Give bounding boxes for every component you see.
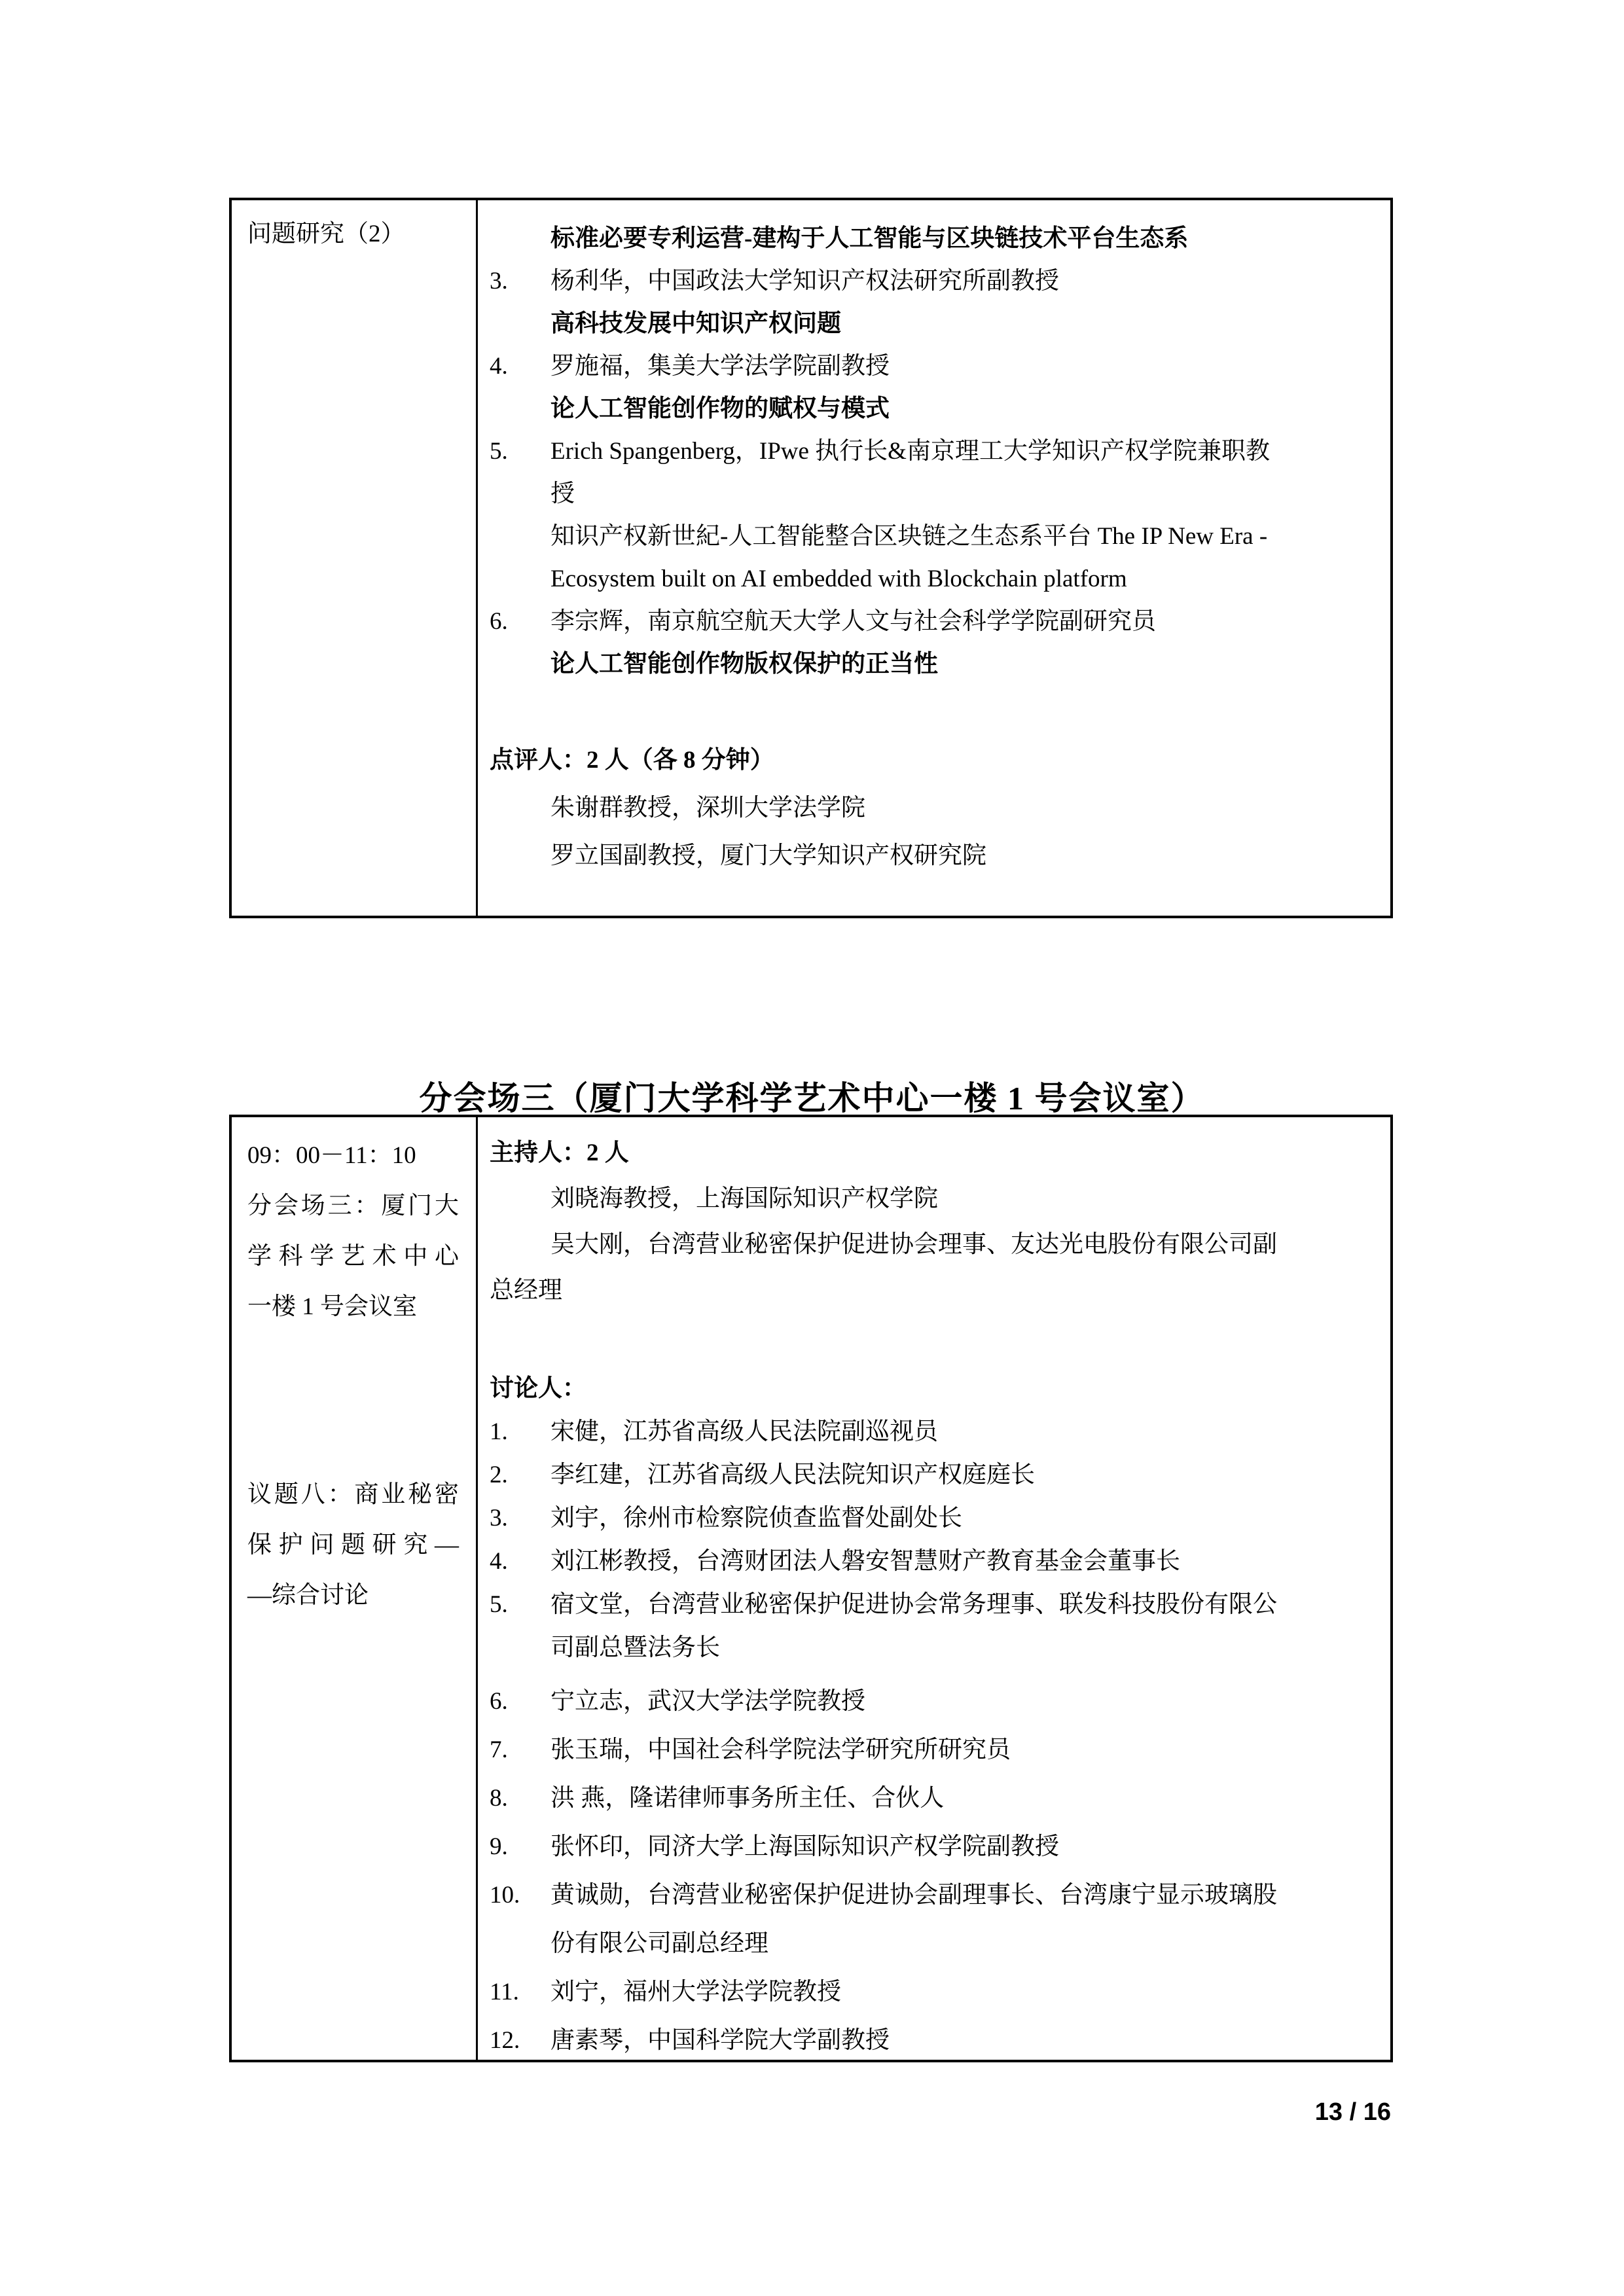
discussant-row: 12.唐素琴，中国科学院大学副教授 — [478, 2017, 1390, 2060]
session-topic-line: 保护问题研究— — [247, 1520, 459, 1570]
commentators-label: 点评人：2 人（各 8 分钟） — [478, 736, 1390, 784]
discussant-number: 3. — [490, 1497, 508, 1540]
discussant-number: 4. — [490, 1540, 508, 1583]
discussant-number: 5. — [490, 1583, 508, 1626]
discussant-text: 洪 燕，隆诺律师事务所主任、合伙人 — [550, 1785, 944, 1812]
discussant-text: 张怀印，同济大学上海国际知识产权学院副教授 — [550, 1833, 1059, 1860]
discussant-text: 黄诚勋，台湾营业秘密保护促进协会副理事长、台湾康宁显示玻璃股 — [550, 1882, 1277, 1909]
paper-title: 高科技发展中知识产权问题 — [478, 302, 1390, 345]
discussants-label: 讨论人： — [478, 1367, 1390, 1410]
paper-title: 论人工智能创作物的赋权与模式 — [478, 387, 1390, 430]
discussant-row: 11.刘宁，福州大学法学院教授 — [478, 1968, 1390, 2017]
speaker-number: 3. — [490, 260, 508, 302]
session-detail-cell: 主持人：2 人 刘晓海教授，上海国际知识产权学院 吴大刚，台湾营业秘密保护促进协… — [478, 1117, 1390, 2060]
session-venue-line: 一楼 1 号会议室 — [247, 1282, 459, 1332]
session-topic-line: —综合讨论 — [247, 1570, 459, 1621]
paper-title: 知识产权新世紀-人工智能整合区块链之生态系平台 The IP New Era - — [478, 515, 1390, 558]
speaker-text: 杨利华，中国政法大学知识产权法研究所副教授 — [550, 268, 1059, 295]
speaker-text: 李宗辉，南京航空航天大学人文与社会科学学院副研究员 — [550, 608, 1156, 635]
discussant-number: 10. — [490, 1871, 520, 1920]
speaker-list: 标准必要专利运营-建构于人工智能与区块链技术平台生态系 3.杨利华，中国政法大学… — [478, 217, 1390, 685]
discussant-row: 3.刘宇，徐州市检察院侦查监督处副处长 — [478, 1497, 1390, 1540]
session-venue-line: 学科学艺术中心 — [247, 1231, 459, 1282]
discussant-number: 9. — [490, 1823, 508, 1871]
session-time-venue: 09：00－11：10 分会场三：厦门大 学科学艺术中心 一楼 1 号会议室 — [247, 1130, 459, 1332]
host-row: 吴大刚，台湾营业秘密保护促进协会理事、友达光电股份有限公司副 — [478, 1222, 1390, 1268]
topic-label: 问题研究（2） — [247, 215, 463, 254]
discussant-row: 8.洪 燕，隆诺律师事务所主任、合伙人 — [478, 1774, 1390, 1823]
speaker-number: 4. — [490, 345, 508, 387]
discussant-text: 宋健，江苏省高级人民法院副巡视员 — [550, 1418, 938, 1445]
section-heading: 分会场三（厦门大学科学艺术中心一楼 1 号会议室） — [0, 1072, 1624, 1119]
discussant-text: 刘宇，徐州市检察院侦查监督处副处长 — [550, 1505, 962, 1532]
commentators-block: 点评人：2 人（各 8 分钟） 朱谢群教授，深圳大学法学院 罗立国副教授，厦门大… — [478, 736, 1390, 880]
session-topic-line: 议题八：商业秘密 — [247, 1469, 459, 1520]
discussant-row-continuation: 份有限公司副总经理 — [478, 1920, 1390, 1968]
discussant-row: 6.宁立志，武汉大学法学院教授 — [478, 1677, 1390, 1726]
speaker-text-continuation: 授 — [478, 473, 1390, 515]
discussant-text: 刘宁，福州大学法学院教授 — [550, 1979, 841, 2005]
discussant-row: 2.李红建，江苏省高级人民法院知识产权庭庭长 — [478, 1454, 1390, 1497]
discussant-number: 11. — [490, 1968, 519, 2017]
discussants-block-b: 6.宁立志，武汉大学法学院教授 7.张玉瑞，中国社会科学院法学研究所研究员 8.… — [478, 1677, 1390, 2060]
session-info-cell: 09：00－11：10 分会场三：厦门大 学科学艺术中心 一楼 1 号会议室 议… — [232, 1117, 478, 2060]
paper-title: 论人工智能创作物版权保护的正当性 — [478, 643, 1390, 685]
discussant-number: 1. — [490, 1410, 508, 1454]
discussant-row: 1.宋健，江苏省高级人民法院副巡视员 — [478, 1410, 1390, 1454]
discussant-number: 7. — [490, 1726, 508, 1774]
discussant-text: 唐素琴，中国科学院大学副教授 — [550, 2027, 890, 2054]
discussant-number: 2. — [490, 1454, 508, 1497]
speaker-row: 4.罗施福，集美大学法学院副教授 — [478, 345, 1390, 387]
speaker-text: 罗施福，集美大学法学院副教授 — [550, 353, 890, 380]
discussant-text: 宁立志，武汉大学法学院教授 — [550, 1688, 865, 1715]
discussant-row: 9.张怀印，同济大学上海国际知识产权学院副教授 — [478, 1823, 1390, 1871]
topic-cell: 问题研究（2） — [232, 200, 478, 916]
discussant-text: 李红建，江苏省高级人民法院知识产权庭庭长 — [550, 1462, 1035, 1488]
document-page: 问题研究（2） 标准必要专利运营-建构于人工智能与区块链技术平台生态系 3.杨利… — [0, 0, 1624, 2296]
speaker-number: 5. — [490, 430, 508, 473]
discussants-block-a: 讨论人： 1.宋健，江苏省高级人民法院副巡视员 2.李红建，江苏省高级人民法院知… — [478, 1367, 1390, 1670]
discussant-text: 刘江彬教授，台湾财团法人磐安智慧财产教育基金会董事长 — [550, 1548, 1180, 1575]
paper-title: 标准必要专利运营-建构于人工智能与区块链技术平台生态系 — [478, 217, 1390, 260]
discussant-row: 7.张玉瑞，中国社会科学院法学研究所研究员 — [478, 1726, 1390, 1774]
hosts-label: 主持人：2 人 — [478, 1130, 1390, 1176]
speaker-row: 3.杨利华，中国政法大学知识产权法研究所副教授 — [478, 260, 1390, 302]
speaker-row: 5.Erich Spangenberg，IPwe 执行长&南京理工大学知识产权学… — [478, 430, 1390, 473]
host-row: 刘晓海教授，上海国际知识产权学院 — [478, 1176, 1390, 1222]
discussant-row: 4.刘江彬教授，台湾财团法人磐安智慧财产教育基金会董事长 — [478, 1540, 1390, 1583]
discussant-number: 6. — [490, 1677, 508, 1726]
discussant-text: 宿文堂，台湾营业秘密保护促进协会常务理事、联发科技股份有限公 — [550, 1591, 1277, 1618]
speaker-row: 6.李宗辉，南京航空航天大学人文与社会科学学院副研究员 — [478, 600, 1390, 643]
discussant-number: 8. — [490, 1774, 508, 1823]
session-venue-line: 分会场三：厦门大 — [247, 1181, 459, 1231]
commentator-row: 罗立国副教授，厦门大学知识产权研究院 — [478, 832, 1390, 880]
discussant-row-continuation: 司副总暨法务长 — [478, 1626, 1390, 1670]
host-row-continuation: 总经理 — [478, 1268, 1390, 1314]
speaker-text: Erich Spangenberg，IPwe 执行长&南京理工大学知识产权学院兼… — [550, 438, 1270, 465]
hosts-block: 主持人：2 人 刘晓海教授，上海国际知识产权学院 吴大刚，台湾营业秘密保护促进协… — [478, 1130, 1390, 1314]
session-time: 09：00－11：10 — [247, 1130, 459, 1181]
discussant-number: 12. — [490, 2017, 520, 2060]
session-topic: 议题八：商业秘密 保护问题研究— —综合讨论 — [247, 1469, 459, 1621]
speaker-number: 6. — [490, 600, 508, 643]
paper-title-continuation: Ecosystem built on AI embedded with Bloc… — [478, 558, 1390, 600]
agenda-cell: 标准必要专利运营-建构于人工智能与区块链技术平台生态系 3.杨利华，中国政法大学… — [478, 200, 1390, 916]
agenda-table-continued: 问题研究（2） 标准必要专利运营-建构于人工智能与区块链技术平台生态系 3.杨利… — [229, 198, 1393, 918]
discussant-text: 张玉瑞，中国社会科学院法学研究所研究员 — [550, 1736, 1011, 1763]
session3-table: 09：00－11：10 分会场三：厦门大 学科学艺术中心 一楼 1 号会议室 议… — [229, 1115, 1393, 2062]
page-number: 13 / 16 — [1315, 2098, 1391, 2126]
discussant-row: 10.黄诚勋，台湾营业秘密保护促进协会副理事长、台湾康宁显示玻璃股 — [478, 1871, 1390, 1920]
discussant-row: 5.宿文堂，台湾营业秘密保护促进协会常务理事、联发科技股份有限公 — [478, 1583, 1390, 1626]
commentator-row: 朱谢群教授，深圳大学法学院 — [478, 784, 1390, 832]
